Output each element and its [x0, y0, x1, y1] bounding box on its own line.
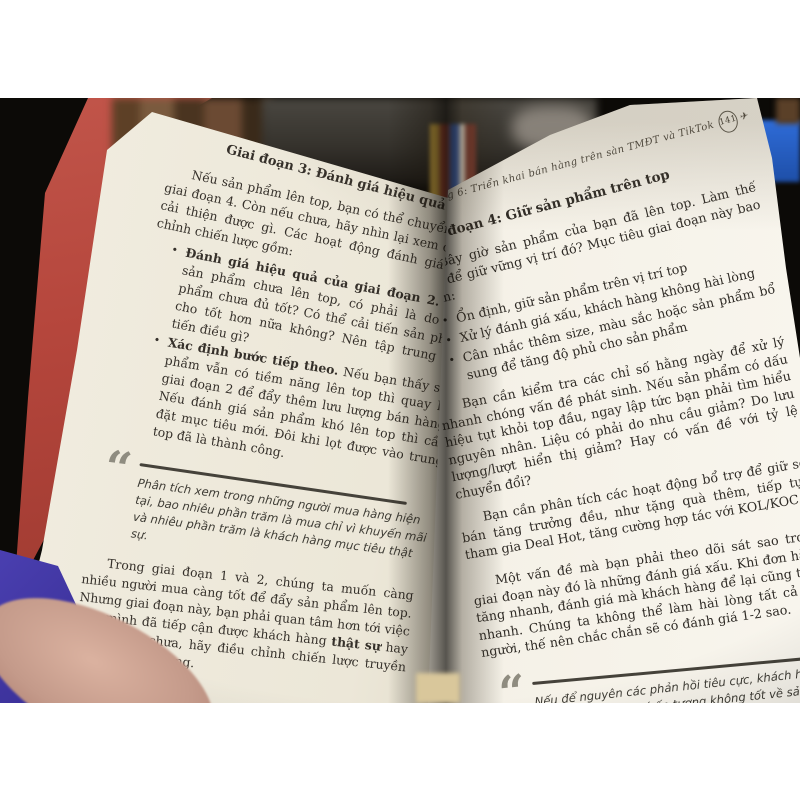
list-item: • Xử lý đánh giá xấu, khách hàng không h…	[444, 261, 774, 351]
book-photo: ✈ CẤT CÁNH TRÊN SÀN THƯƠNG MẠI ĐIỆN TỬ G…	[0, 98, 800, 703]
right-page-content: Chương 6: Triển khai bán hàng trên sàn T…	[402, 136, 800, 703]
right-quote-callout: “ Nếu để nguyên các phản hồi tiêu cực, k…	[498, 644, 800, 703]
list-item: • Cân nhắc thêm size, màu sắc hoặc sản p…	[447, 280, 781, 387]
closing-bold-text: thật sự	[331, 634, 382, 654]
bullet-body: Nếu sản phẩm chưa lên top, có phải là do…	[171, 262, 474, 368]
brown-book-right	[776, 98, 800, 124]
bullet-lead: Đánh giá hiệu quả của giai đoạn 2.	[184, 245, 441, 309]
right-paragraph-metrics: Bạn cần kiểm tra các chỉ số hằng ngày để…	[437, 332, 800, 503]
quote-rule	[140, 463, 407, 505]
quote-rule	[533, 656, 800, 685]
quote-mark-icon: “	[96, 453, 133, 542]
page-fold-inner-edge	[416, 673, 460, 703]
right-paragraph-support: Bạn cần phân tích các hoạt động bổ trợ đ…	[458, 454, 800, 564]
bullet-text: Đánh giá hiệu quả của giai đoạn 2. Nếu s…	[170, 244, 473, 388]
bullet-icon: •	[444, 332, 454, 351]
right-intro-paragraph: Bây giờ sản phẩm của bạn đã lên top. Làm…	[413, 178, 766, 311]
bullet-icon: •	[156, 241, 180, 331]
bullet-text: Xử lý đánh giá xấu, khách hàng không hài…	[458, 265, 757, 348]
right-paragraph-reviews: Một vấn đề mà bạn phải theo dõi sát sao …	[470, 526, 800, 662]
bullet-lead: Xác định bước tiếp theo.	[167, 335, 340, 378]
quote-body: Nếu để nguyên các phản hồi tiêu cực, khá…	[532, 644, 800, 703]
plane-icon: ✈	[737, 108, 750, 127]
bullet-icon: •	[137, 331, 161, 439]
left-quote-callout: “ Phân tích xem trong những người mua hà…	[96, 453, 434, 581]
left-bullet-list: • Đánh giá hiệu quả của giai đoạn 2. Nếu…	[136, 241, 473, 493]
bullet-text: Cân nhắc thêm size, màu sắc hoặc sản phẩ…	[461, 280, 781, 384]
list-item: • Ổn định, giữ sản phẩm trên vị trí top	[440, 241, 770, 331]
bullet-text: Xác định bước tiếp theo. Nếu bạn thấy sả…	[152, 334, 457, 489]
bullet-icon: •	[447, 351, 461, 387]
bullet-text: Ổn định, giữ sản phẩm trên vị trí top	[455, 259, 690, 328]
page-number-badge: 141	[716, 108, 740, 134]
quote-mark-icon: “	[498, 677, 532, 703]
right-quote-text: Nếu để nguyên các phản hồi tiêu cực, khá…	[534, 661, 800, 703]
list-item: • Đánh giá hiệu quả của giai đoạn 2. Nếu…	[156, 241, 474, 388]
left-quote-text: Phân tích xem trong những người mua hàng…	[130, 475, 432, 581]
bullet-body: Nếu bạn thấy sản phẩm vẫn có tiềm năng l…	[152, 352, 457, 468]
quote-body: Phân tích xem trong những người mua hàng…	[130, 457, 434, 581]
right-bullet-list: • Ổn định, giữ sản phẩm trên vị trí top …	[441, 255, 783, 387]
list-item: • Xác định bước tiếp theo. Nếu bạn thấy …	[137, 331, 457, 488]
